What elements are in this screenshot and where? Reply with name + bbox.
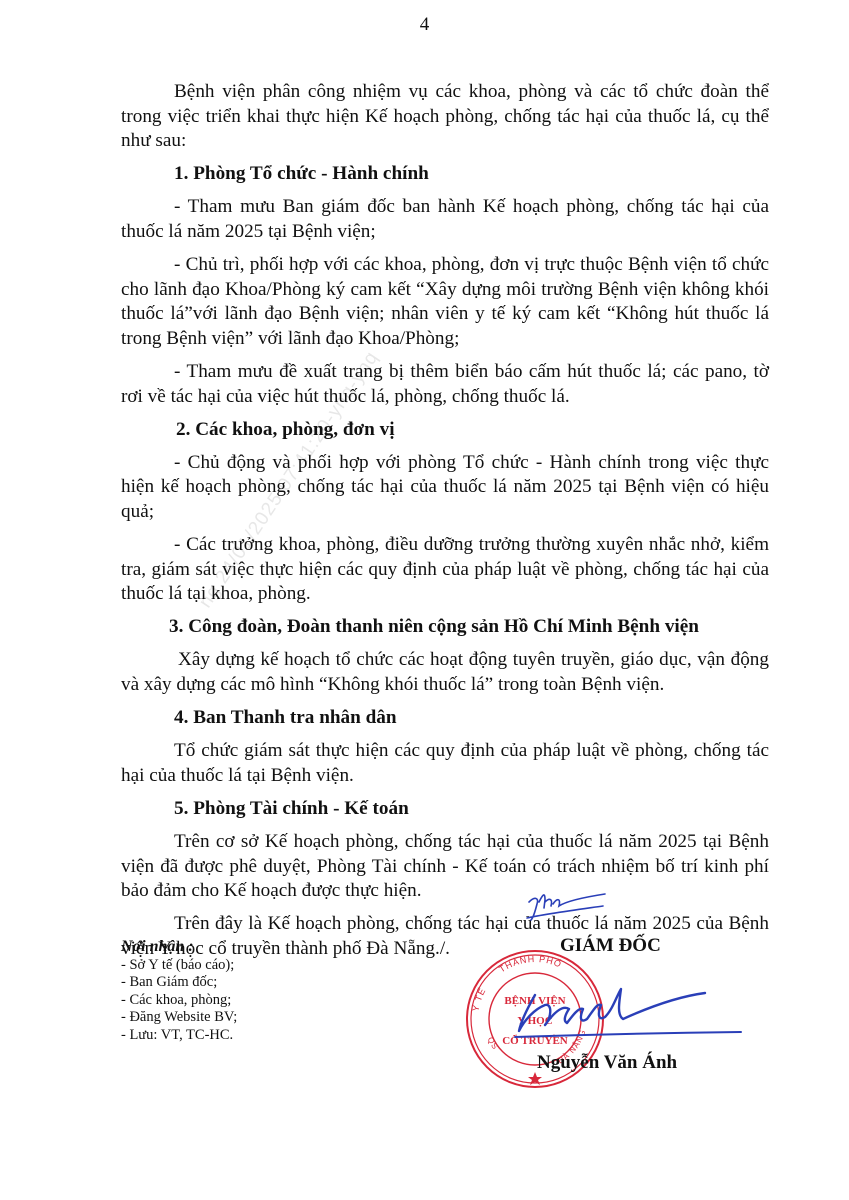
signer-name: Nguyễn Văn Ánh <box>537 1052 677 1074</box>
section-3-paragraph: Xây dựng kế hoạch tổ chức các hoạt động … <box>121 648 769 697</box>
section-4-paragraph: Tổ chức giám sát thực hiện các quy định … <box>121 739 769 788</box>
section-1-paragraph: - Chủ trì, phối hợp với các khoa, phòng,… <box>121 253 769 351</box>
section-heading-4: 4. Ban Thanh tra nhân dân <box>121 706 769 731</box>
recipient-item: - Sở Y tế (báo cáo); <box>121 957 237 974</box>
recipients-title: Nơi nhận : <box>121 937 237 957</box>
section-1-paragraph: - Tham mưu Ban giám đốc ban hành Kế hoạc… <box>121 195 769 244</box>
recipients-block: Nơi nhận : - Sở Y tế (báo cáo); - Ban Gi… <box>121 937 237 1044</box>
document-page: 4 ng 24/01/2025 07:41:20-ynq-ynq Bệnh vi… <box>0 0 849 1200</box>
section-2-paragraph: - Chủ động và phối hợp với phòng Tổ chức… <box>121 451 769 525</box>
section-heading-2: 2. Các khoa, phòng, đơn vị <box>121 418 769 443</box>
document-body: Bệnh viện phân công nhiệm vụ các khoa, p… <box>121 80 769 970</box>
recipient-item: - Các khoa, phòng; <box>121 992 237 1009</box>
intro-paragraph: Bệnh viện phân công nhiệm vụ các khoa, p… <box>121 80 769 154</box>
svg-text:QS: QS <box>486 1036 501 1052</box>
section-heading-1: 1. Phòng Tổ chức - Hành chính <box>121 162 769 187</box>
director-signature-icon <box>505 975 750 1045</box>
page-number: 4 <box>0 14 849 36</box>
section-2-paragraph: - Các trưởng khoa, phòng, điều dưỡng trư… <box>121 533 769 607</box>
section-5-paragraph: Trên cơ sở Kế hoạch phòng, chống tác hại… <box>121 830 769 904</box>
recipient-item: - Đăng Website BV; <box>121 1009 237 1026</box>
initials-mark-icon <box>525 888 615 924</box>
recipient-item: - Ban Giám đốc; <box>121 974 237 991</box>
section-1-paragraph: - Tham mưu đề xuất trang bị thêm biển bá… <box>121 360 769 409</box>
recipient-item: - Lưu: VT, TC-HC. <box>121 1027 237 1044</box>
section-heading-3: 3. Công đoàn, Đoàn thanh niên cộng sản H… <box>121 615 769 640</box>
section-heading-5: 5. Phòng Tài chính - Kế toán <box>121 797 769 822</box>
